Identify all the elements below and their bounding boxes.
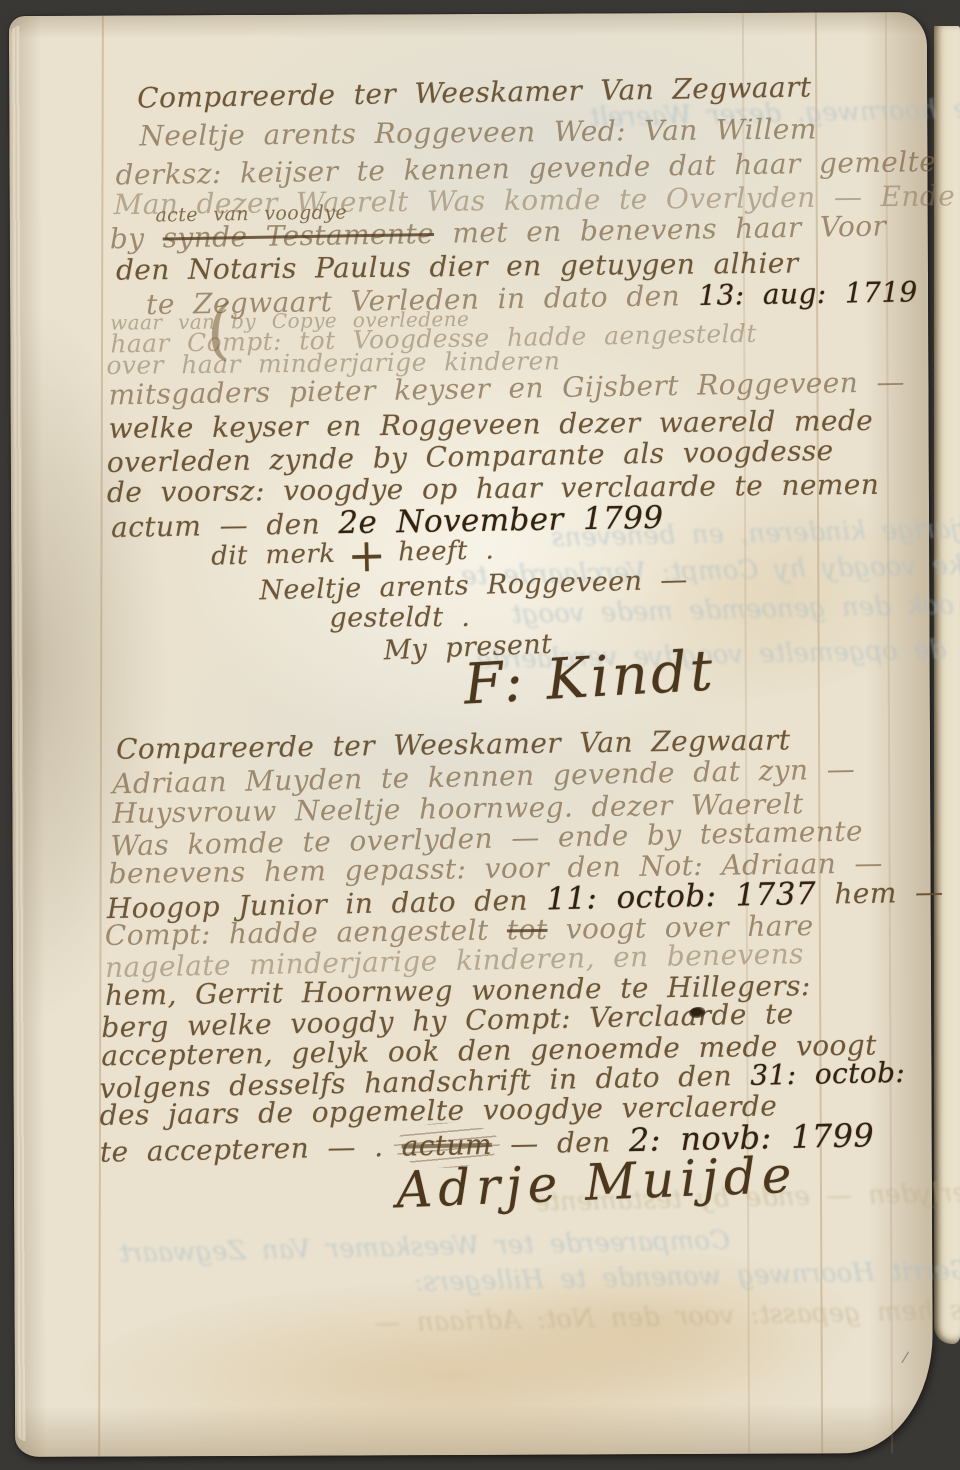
line-text: dit merk [211, 539, 336, 572]
line-text: actum — den [111, 507, 339, 544]
signature-cross-mark: + [347, 555, 386, 556]
deed-entry-2: Compareerde ter Weeskamer Van Zegwaart A… [9, 12, 927, 16]
date-text: 2e November 1799 [338, 500, 664, 541]
adjacent-page-edge [934, 26, 960, 1344]
pencil-mark: / [901, 1348, 910, 1367]
date-text: 31: octob: [750, 1056, 906, 1092]
interlinear-insertion: acte van voogdye [155, 201, 347, 226]
line-text: te accepteren — . [100, 1130, 402, 1169]
page-stack-edge [11, 26, 26, 1441]
bleed-through-text: benevens hem gepasst: voor den Not: Adri… [374, 1293, 960, 1338]
manuscript-page: Huysvrouw Neeltje hoornweg. dezer Waerel… [9, 12, 933, 1457]
left-margin-rule [98, 16, 103, 1457]
line-text: hem — [816, 875, 944, 911]
mark-line: dit merk+heeft . [211, 535, 495, 571]
deed-entry-1: Compareerde ter Weeskamer Van Zegwaart N… [9, 12, 927, 16]
manuscript-line: Neeltje arents Roggeveen Wed: Van Willem [139, 112, 817, 152]
book-scan-background: { "entry1": { "lines": [ "Compareerde te… [0, 0, 960, 1470]
line-text: met en benevens haar Voor [434, 209, 887, 249]
mark-attestation-block: dit merk+heeft . Neeltje arents Roggevee… [9, 12, 927, 16]
attestation-line: gesteldt . [329, 602, 470, 634]
bleed-through-layer: Huysvrouw Neeltje hoornweg. dezer Waerel… [9, 12, 927, 16]
line-text: heeft . [398, 535, 495, 567]
notary-signature: F: Kindt [462, 638, 717, 717]
date-text: 13: aug: 1719 [698, 275, 918, 312]
